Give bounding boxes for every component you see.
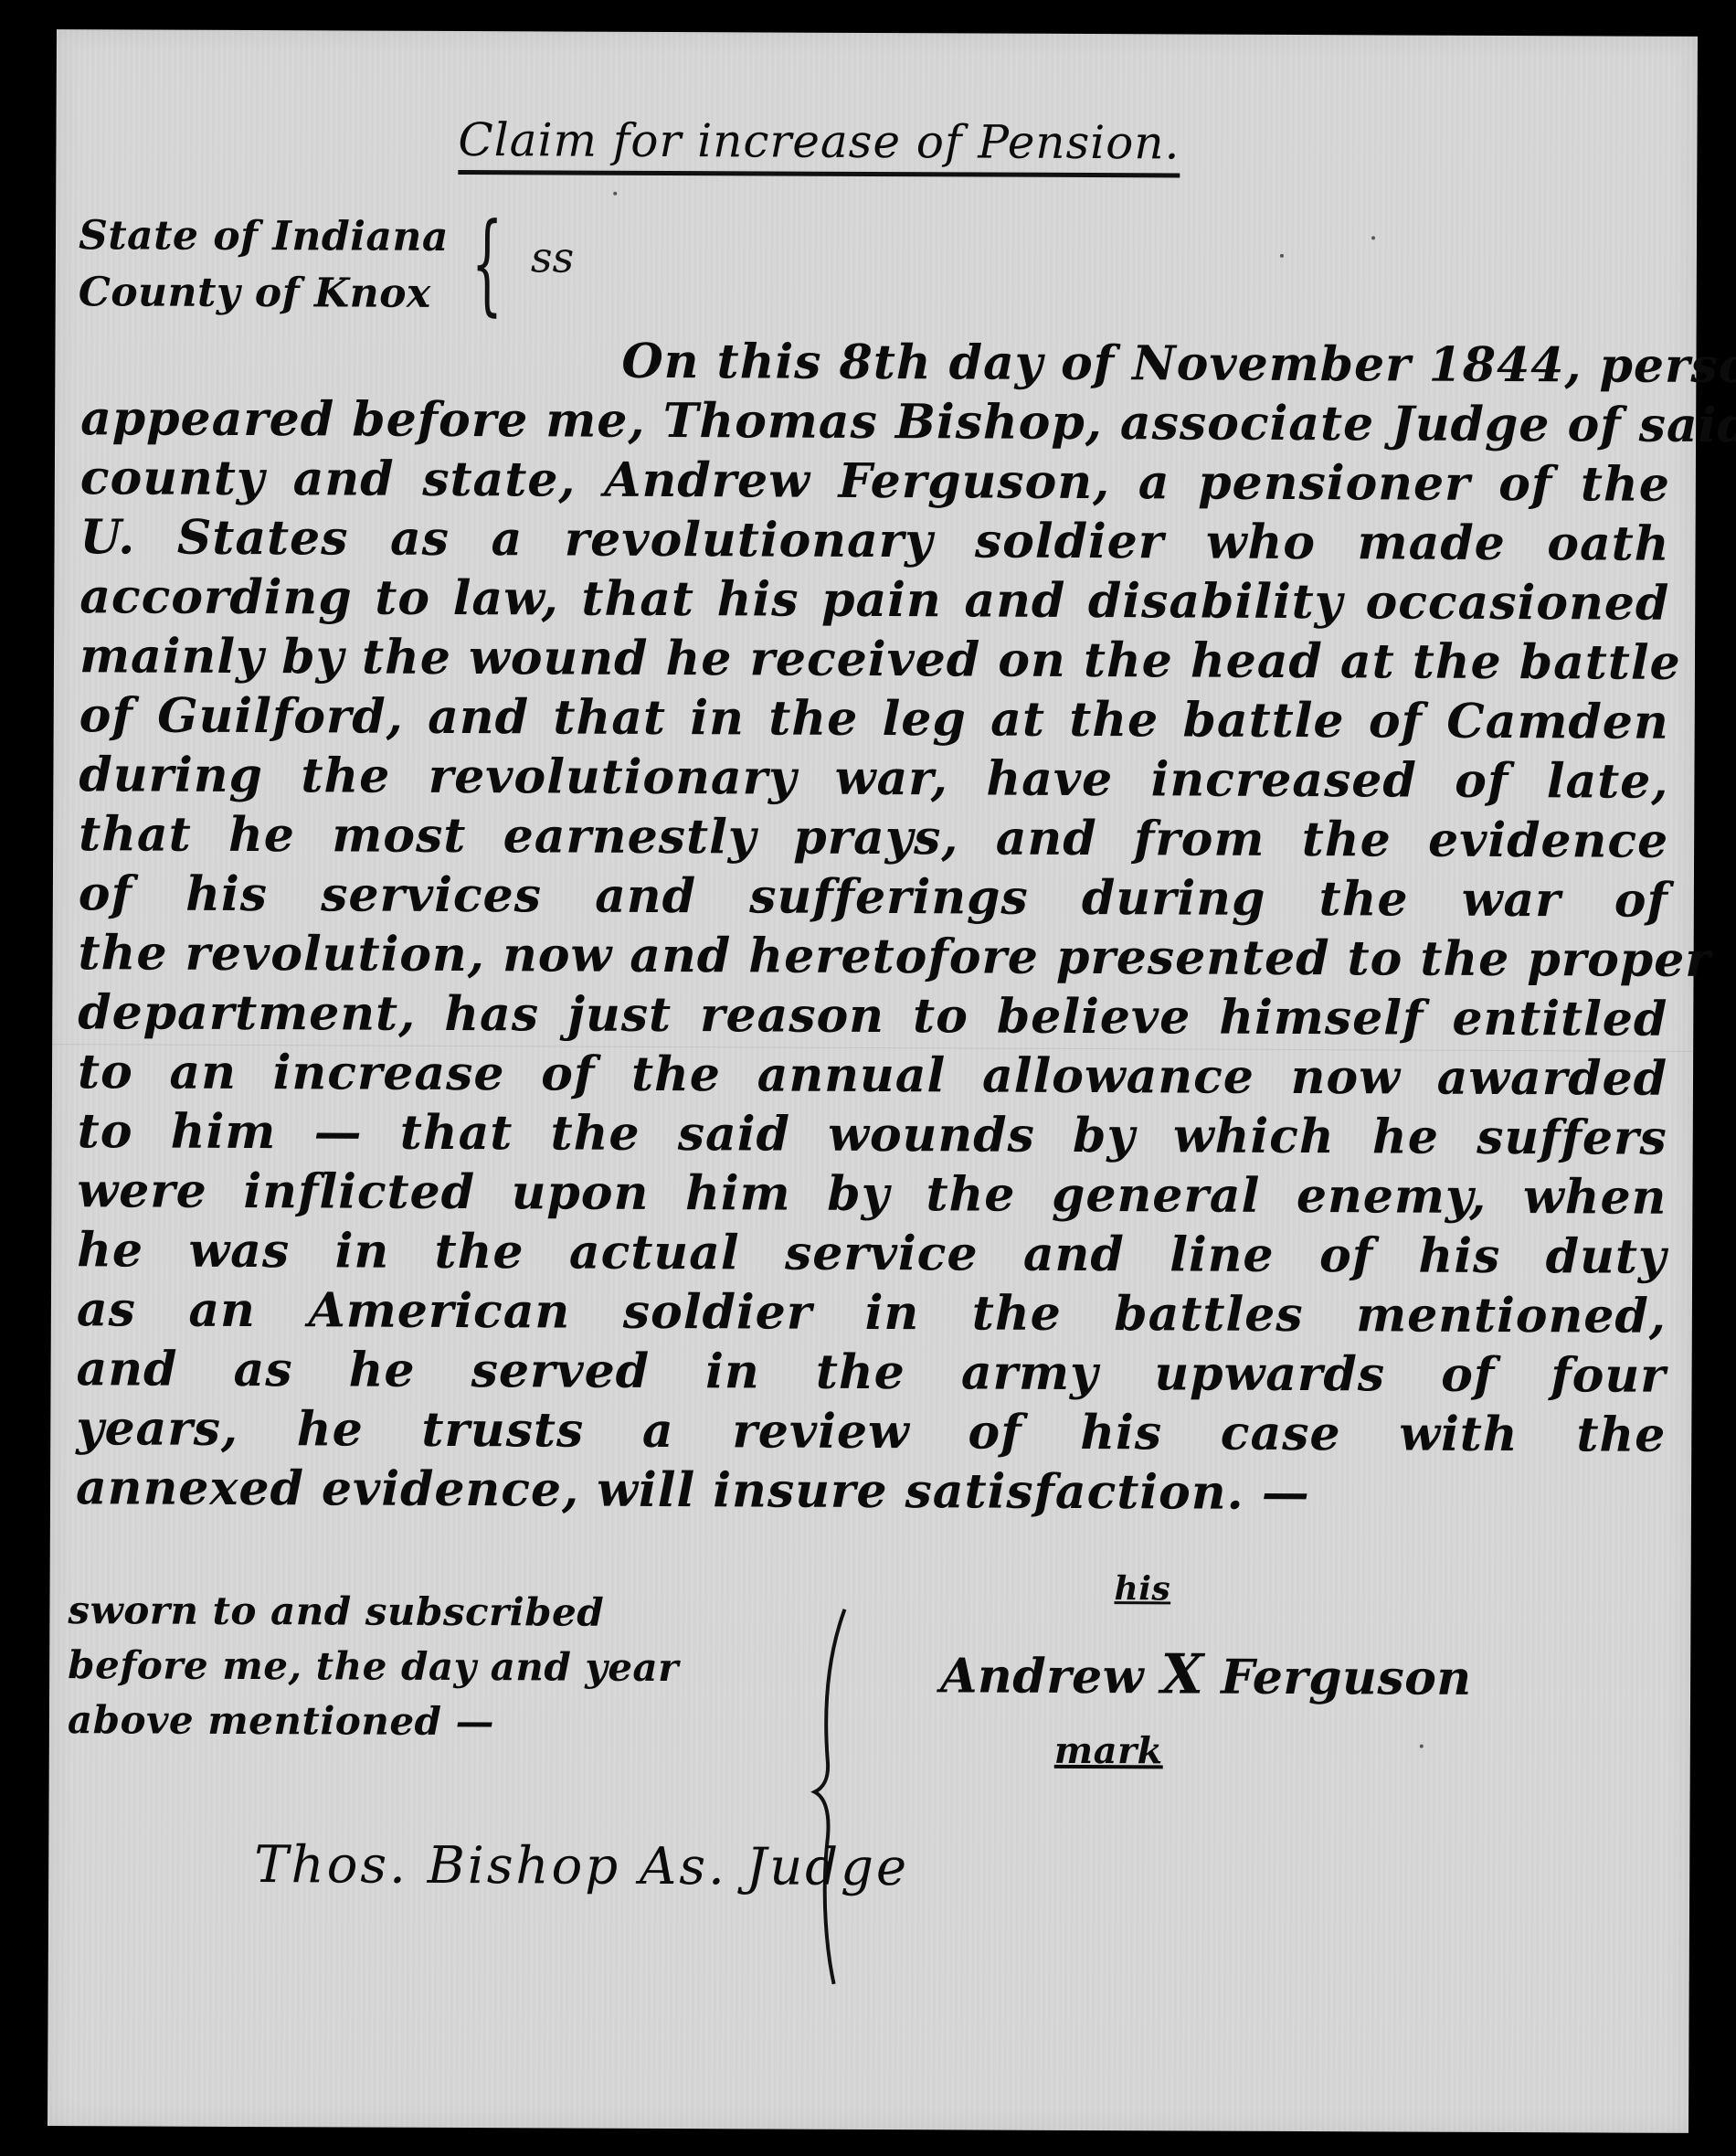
body-line: U. States as a revolutionary soldier who… (79, 509, 1669, 572)
paper-speck (1420, 1745, 1424, 1748)
judge-signature: Thos. Bishop As. Judge (254, 1835, 909, 1897)
venue-state: State of Indiana (79, 212, 449, 260)
body-line: annexed evidence, will insure satisfacti… (76, 1460, 1310, 1521)
paper-speck (613, 192, 617, 196)
signature-his: his (1114, 1569, 1170, 1608)
paper-speck (1371, 236, 1375, 239)
body-line: and as he served in the army upwards of … (76, 1341, 1666, 1404)
signature-mark-label: mark (1054, 1729, 1163, 1773)
body-line: during the revolutionary war, have incre… (79, 747, 1668, 810)
jurat-line: sworn to and subscribed (68, 1588, 604, 1635)
signature-first-name: Andrew (940, 1648, 1144, 1705)
body-line: mainly by the wound he received on the h… (79, 628, 1669, 691)
body-line: were inflicted upon him by the general e… (77, 1163, 1667, 1226)
body-line: to him — that the said wounds by which h… (78, 1103, 1667, 1166)
brace-icon (807, 1605, 863, 1989)
body-line: according to law, that his pain and disa… (79, 568, 1669, 632)
body-line: he was in the actual service and line of… (77, 1222, 1667, 1285)
jurat-line: before me, the day and year (68, 1642, 679, 1690)
body-line: of Guilford, and that in the leg at the … (79, 687, 1669, 750)
body-line: department, has just reason to believe h… (78, 984, 1667, 1047)
paper-speck (1280, 254, 1284, 258)
body-line: the revolution, now and heretofore prese… (78, 925, 1667, 988)
body-line: appeared before me, Thomas Bishop, assoc… (80, 390, 1670, 453)
venue-ss: ss (531, 232, 574, 281)
body-line: county and state, Andrew Ferguson, a pen… (80, 450, 1670, 513)
document-title: Claim for increase of Pension. (458, 113, 1180, 177)
jurat-line: above mentioned — (68, 1697, 494, 1744)
signature-mark-symbol: X (1160, 1642, 1203, 1706)
body-line: to an increase of the annual allowance n… (78, 1044, 1667, 1107)
body-line: as an American soldier in the battles me… (77, 1281, 1667, 1344)
venue-county: County of Knox (79, 269, 431, 317)
body-line: that he most earnestly prays, and from t… (79, 806, 1668, 869)
venue-brace: { (471, 209, 503, 319)
document-page: Claim for increase of Pension. State of … (48, 29, 1698, 2133)
signature-name: Andrew X Ferguson (940, 1641, 1472, 1708)
body-line: years, he trusts a review of his case wi… (76, 1400, 1666, 1463)
body-line: of his services and sufferings during th… (79, 866, 1668, 929)
signature-last-name: Ferguson (1221, 1650, 1472, 1706)
body-line: On this 8th day of November 1844, person… (621, 334, 1672, 394)
